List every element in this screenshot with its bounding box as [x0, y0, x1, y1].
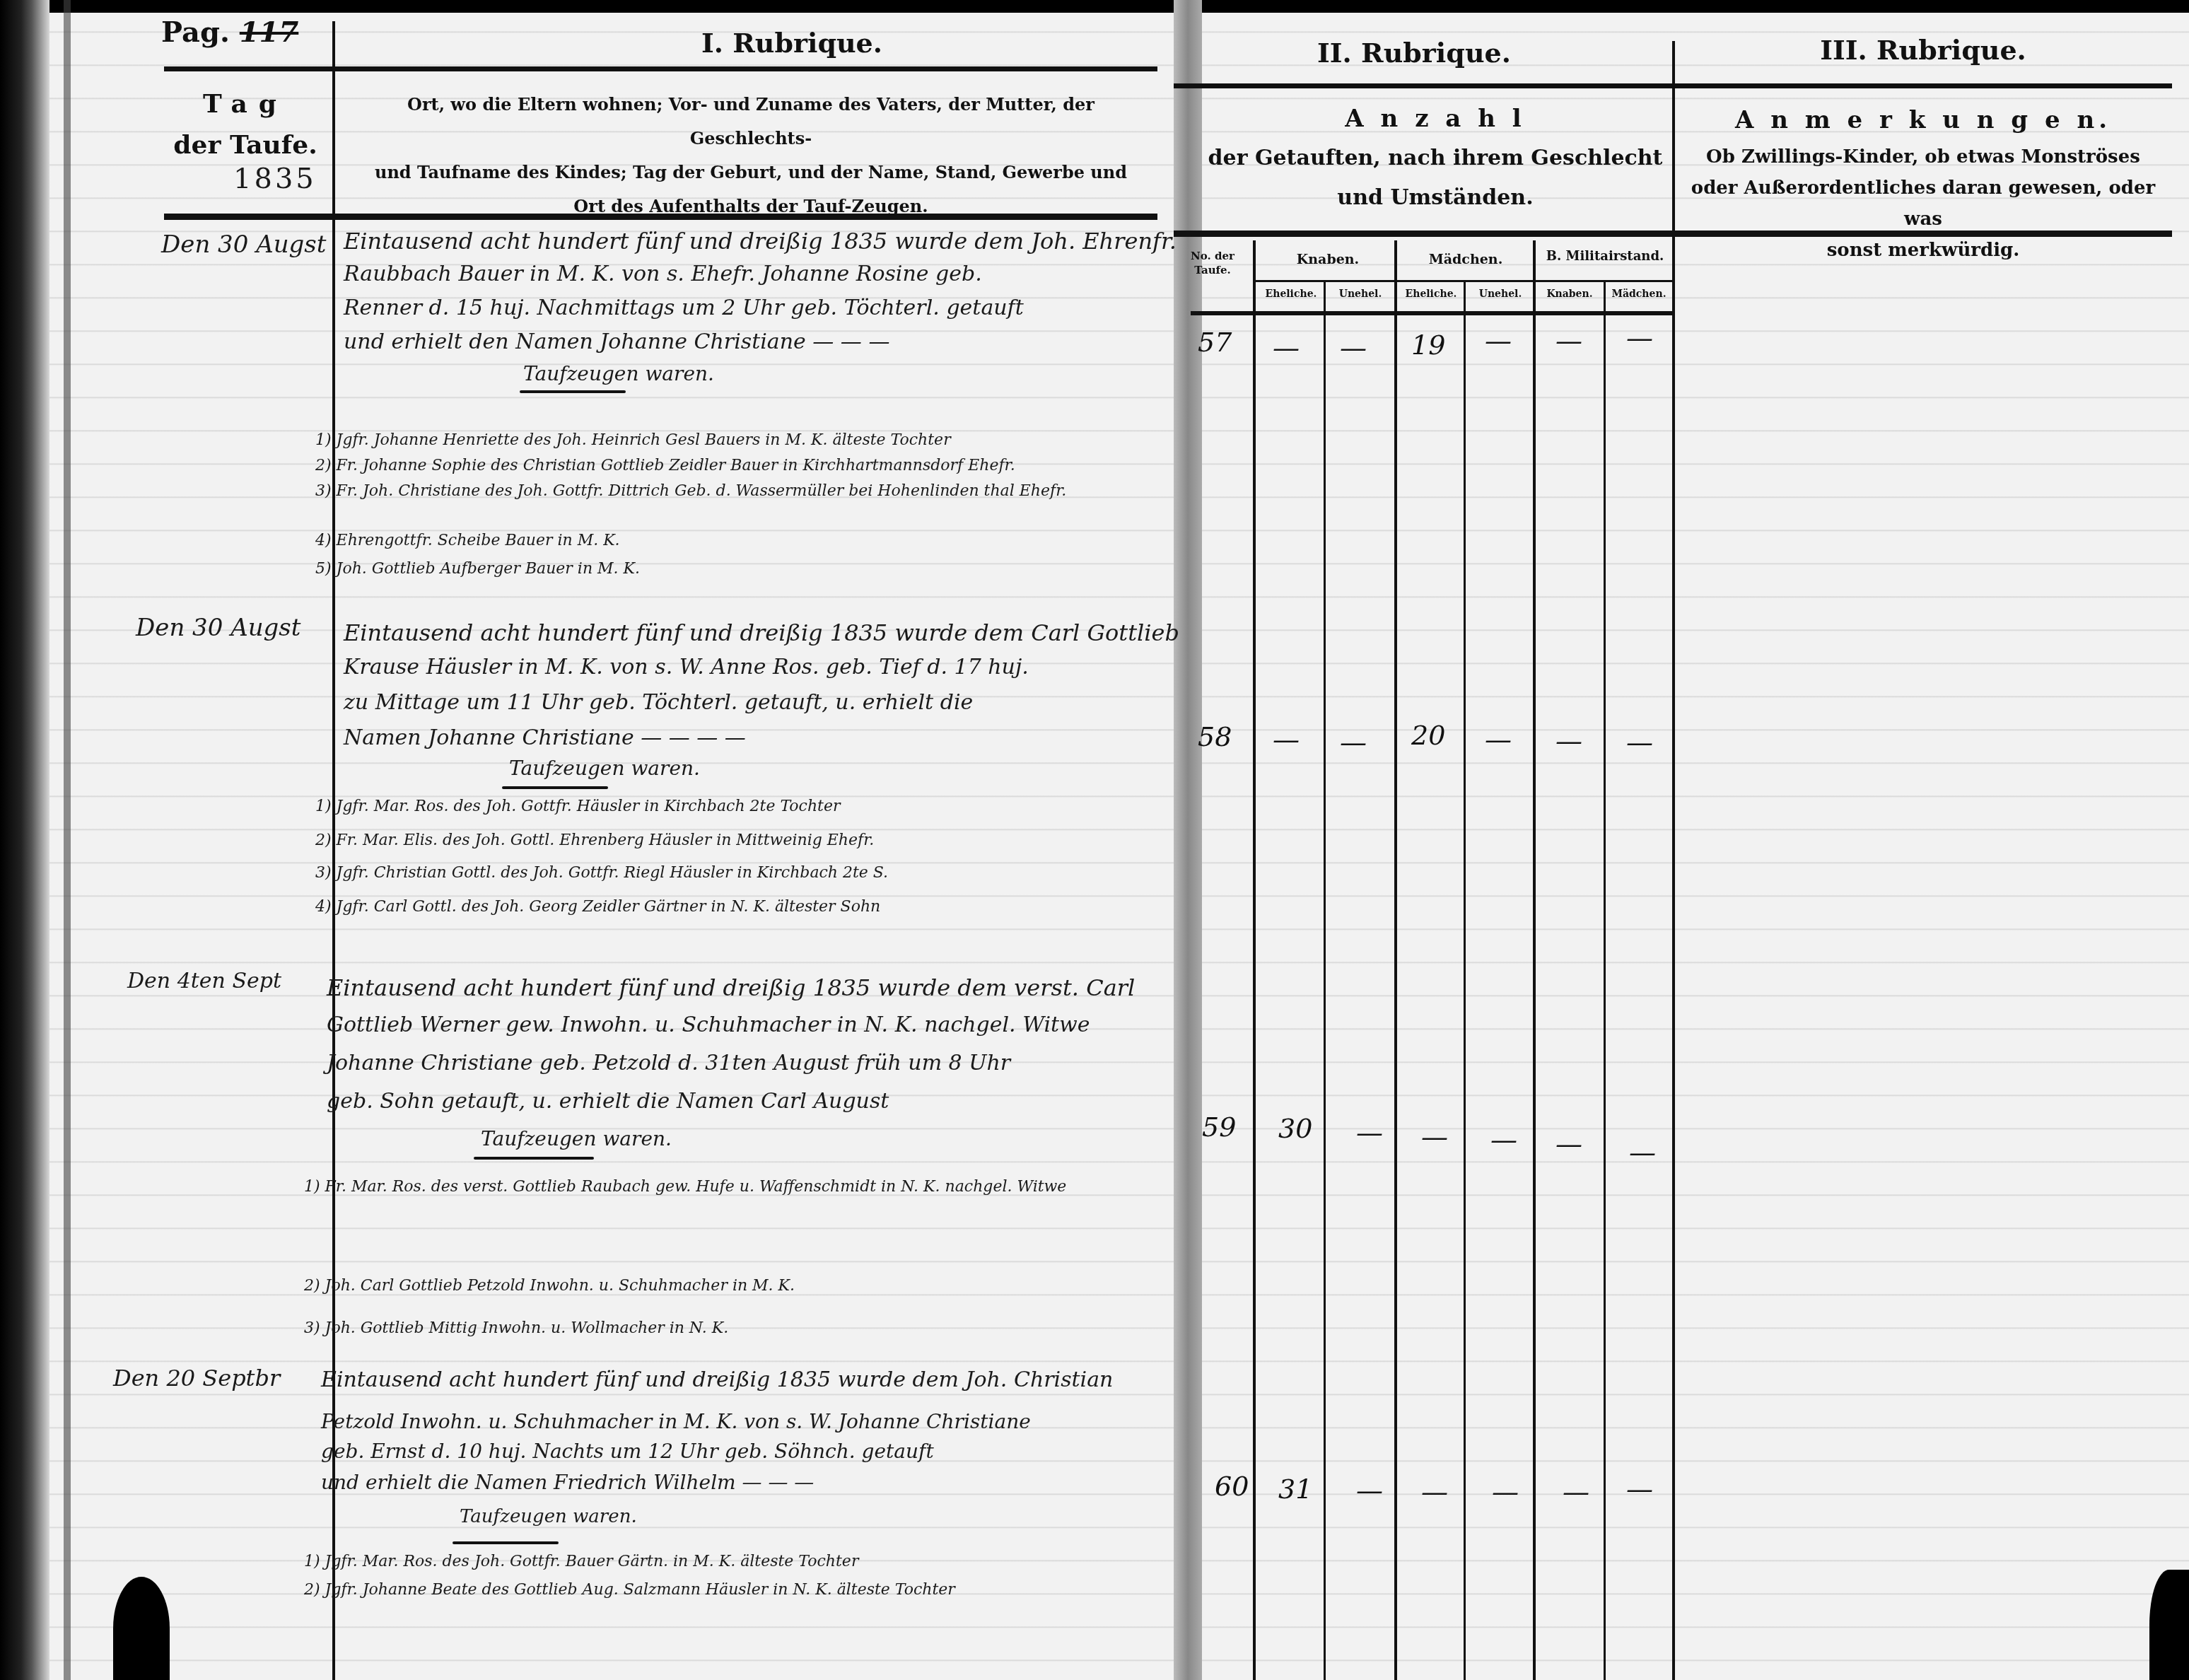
entry-line: zu Mittage um 11 Uhr geb. Töchterl. geta…	[344, 690, 973, 715]
maedchen-unehel-value: —	[1485, 724, 1512, 755]
witness-line: 3) Jgfr. Christian Gottl. des Joh. Gottf…	[315, 864, 888, 882]
witness-line: 1) Jgfr. Mar. Ros. des Joh. Gottfr. Häus…	[315, 798, 840, 815]
rule-r1-top	[164, 66, 1157, 71]
rule-col-no	[1253, 240, 1256, 1680]
maedchen-unehel-header: Unehel.	[1466, 288, 1534, 300]
militair-maedchen-value: —	[1626, 727, 1653, 758]
anzahl-header: A n z a h l der Getauften, nach ihrem Ge…	[1202, 99, 1669, 218]
witness-header-underline	[474, 1157, 594, 1160]
page-number-struck: 117	[240, 16, 299, 49]
knaben-ehelich-value: 31	[1278, 1474, 1312, 1505]
militair-knaben-value: —	[1555, 1128, 1582, 1160]
main-header-line-2: und Taufname des Kindes; Tag der Geburt,…	[348, 156, 1154, 189]
maedchen-group-header: Mädchen.	[1399, 252, 1533, 267]
militair-maedchen-value: —	[1626, 1474, 1653, 1505]
militair-knaben-value: —	[1555, 325, 1582, 356]
entry-date: Den 4ten Sept	[127, 969, 281, 993]
rule-col-maedchen-militair	[1533, 240, 1536, 1680]
maedchen-unehel-value: —	[1492, 1476, 1519, 1507]
register-page: Pag. 117 I. Rubrique. II. Rubrique. III.…	[0, 0, 2189, 1680]
witness-line: 2) Fr. Johanne Sophie des Christian Gott…	[315, 457, 1015, 474]
witness-header-underline	[520, 390, 626, 393]
anmerkungen-line-2: oder Außerordentliches daran gewesen, od…	[1683, 173, 2164, 235]
witness-header: Taufzeugen waren.	[481, 1127, 672, 1150]
baptism-number: 57	[1198, 327, 1232, 358]
militair-group-header: B. Militairstand.	[1534, 249, 1676, 264]
maedchen-ehelich-value: 20	[1411, 720, 1445, 751]
year-label: 1835	[233, 163, 317, 195]
rule-col-knaben-split	[1324, 281, 1326, 1680]
knaben-unehel-header: Unehel.	[1326, 288, 1394, 300]
entry-date: Den 20 Septbr	[113, 1365, 280, 1392]
main-header-line-3: Ort des Aufenthalts der Tauf-Zeugen.	[348, 189, 1154, 223]
scan-left-edge-fold	[64, 0, 71, 1680]
scan-corner-shadow	[2149, 1570, 2189, 1680]
rule-r2-r3-divider	[1672, 41, 1675, 1680]
rubrique-1-title: I. Rubrique.	[566, 27, 1018, 59]
rule-col-knaben-maedchen	[1394, 240, 1397, 1680]
scan-thumb-shadow	[113, 1577, 170, 1680]
knaben-group-header: Knaben.	[1257, 252, 1399, 267]
witness-header: Taufzeugen waren.	[509, 757, 700, 780]
date-header-line-1: Tag	[164, 83, 327, 124]
entry-line: Eintausend acht hundert fünf und dreißig…	[344, 228, 1177, 255]
rule-r2-columns-header-bottom	[1191, 311, 1673, 315]
entry-line: Eintausend acht hundert fünf und dreißig…	[321, 1367, 1113, 1392]
witness-line: 5) Joh. Gottlieb Aufberger Bauer in M. K…	[315, 560, 640, 578]
witness-line: 2) Jgfr. Johanne Beate des Gottlieb Aug.…	[304, 1581, 955, 1599]
main-column-header: Ort, wo die Eltern wohnen; Vor- und Zuna…	[348, 88, 1154, 223]
witness-line: 2) Joh. Carl Gottlieb Petzold Inwohn. u.…	[304, 1277, 795, 1295]
militair-knaben-value: —	[1563, 1476, 1589, 1507]
knaben-unehel-value: —	[1340, 727, 1367, 758]
witness-line: 1) Jgfr. Mar. Ros. des Joh. Gottfr. Baue…	[304, 1553, 858, 1570]
witness-line: 3) Joh. Gottlieb Mittig Inwohn. u. Wollm…	[304, 1319, 728, 1337]
anzahl-title: A n z a h l	[1202, 99, 1669, 139]
main-header-line-1: Ort, wo die Eltern wohnen; Vor- und Zuna…	[348, 88, 1154, 156]
witness-line: 4) Ehrengottfr. Scheibe Bauer in M. K.	[315, 532, 620, 549]
date-header-line-2: der Taufe.	[164, 124, 327, 165]
page-label: Pag. 117	[161, 16, 298, 49]
rule-col-maedchen-split	[1464, 281, 1466, 1680]
maedchen-ehelich-value: —	[1421, 1476, 1448, 1507]
date-column-header: Tag der Taufe.	[164, 83, 327, 165]
entry-line: Renner d. 15 huj. Nachmittags um 2 Uhr g…	[344, 296, 1024, 320]
col-no-header: No. der Taufe.	[1191, 249, 1234, 277]
baptism-number: 58	[1198, 721, 1232, 752]
baptism-number: 59	[1202, 1112, 1236, 1143]
entry-line: Johanne Christiane geb. Petzold d. 31ten…	[327, 1051, 1010, 1075]
entry-line: und erhielt den Namen Johanne Christiane…	[344, 329, 889, 354]
anzahl-line-3: und Umständen.	[1202, 178, 1669, 218]
maedchen-ehelich-header: Eheliche.	[1397, 288, 1465, 300]
knaben-unehel-value: —	[1356, 1475, 1383, 1506]
witness-line: 3) Fr. Joh. Christiane des Joh. Gottfr. …	[315, 482, 1066, 500]
baptism-number: 60	[1215, 1471, 1249, 1502]
witness-line: 2) Fr. Mar. Elis. des Joh. Gottl. Ehrenb…	[315, 832, 874, 849]
anmerkungen-header: A n m e r k u n g e n. Ob Zwillings-Kind…	[1683, 99, 2164, 266]
witness-header: Taufzeugen waren.	[460, 1506, 637, 1527]
knaben-ehelich-header: Eheliche.	[1257, 288, 1325, 300]
knaben-unehel-value: —	[1340, 332, 1367, 363]
entry-line: geb. Ernst d. 10 huj. Nachts um 12 Uhr g…	[321, 1440, 934, 1463]
maedchen-unehel-value: —	[1490, 1124, 1517, 1155]
witness-line: 1) Fr. Mar. Ros. des verst. Gottlieb Rau…	[304, 1178, 1066, 1196]
militair-maedchen-header: Mädchen.	[1605, 288, 1673, 300]
entry-line: geb. Sohn getauft, u. erhielt die Namen …	[327, 1089, 889, 1114]
rubrique-2-title: II. Rubrique.	[1202, 37, 1626, 69]
entry-line: Eintausend acht hundert fünf und dreißig…	[344, 619, 1179, 646]
entry-line: Namen Johanne Christiane — — — —	[344, 725, 746, 750]
anmerkungen-title: A n m e r k u n g e n.	[1683, 99, 2164, 141]
knaben-ehelich-value: —	[1273, 332, 1300, 363]
entry-line: Gottlieb Werner gew. Inwohn. u. Schuhmac…	[327, 1013, 1090, 1037]
entry-line: Krause Häusler in M. K. von s. W. Anne R…	[344, 655, 1029, 679]
entry-line: Raubbach Bauer in M. K. von s. Ehefr. Jo…	[344, 262, 982, 286]
entry-line: und erhielt die Namen Friedrich Wilhelm …	[321, 1471, 814, 1494]
scan-left-edge	[0, 0, 49, 1680]
anzahl-line-2: der Getauften, nach ihrem Geschlecht	[1202, 139, 1669, 178]
militair-knaben-value: —	[1555, 725, 1582, 757]
militair-maedchen-value: —	[1626, 322, 1653, 354]
witness-header-underline	[502, 786, 608, 789]
militair-knaben-header: Knaben.	[1536, 288, 1604, 300]
knaben-ehelich-value: —	[1273, 724, 1300, 755]
rubrique-3-title: III. Rubrique.	[1676, 34, 2171, 66]
witness-header: Taufzeugen waren.	[523, 362, 714, 385]
page-label-text: Pag.	[161, 16, 230, 49]
anmerkungen-line-1: Ob Zwillings-Kinder, ob etwas Monströses	[1683, 141, 2164, 173]
scan-top-edge	[0, 0, 2189, 13]
entry-date: Den 30 Augst	[136, 614, 300, 642]
anmerkungen-line-3: sonst merkwürdig.	[1683, 235, 2164, 266]
knaben-unehel-value: —	[1356, 1117, 1383, 1148]
entry-line: Petzold Inwohn. u. Schuhmacher in M. K. …	[321, 1410, 1031, 1433]
maedchen-ehelich-value: 19	[1411, 329, 1445, 361]
witness-line: 4) Jgfr. Carl Gottl. des Joh. Georg Zeid…	[315, 898, 880, 916]
rule-col-militair-split	[1604, 281, 1606, 1680]
entry-line: Eintausend acht hundert fünf und dreißig…	[327, 974, 1135, 1001]
maedchen-ehelich-value: —	[1421, 1121, 1448, 1153]
witness-header-underline	[453, 1541, 559, 1544]
maedchen-unehel-value: —	[1485, 325, 1512, 356]
entry-date: Den 30 Augst	[161, 231, 326, 259]
militair-maedchen-value: —	[1629, 1137, 1656, 1168]
witness-line: 1) Jgfr. Johanne Henriette des Joh. Hein…	[315, 431, 951, 449]
knaben-ehelich-value: 30	[1278, 1113, 1312, 1144]
